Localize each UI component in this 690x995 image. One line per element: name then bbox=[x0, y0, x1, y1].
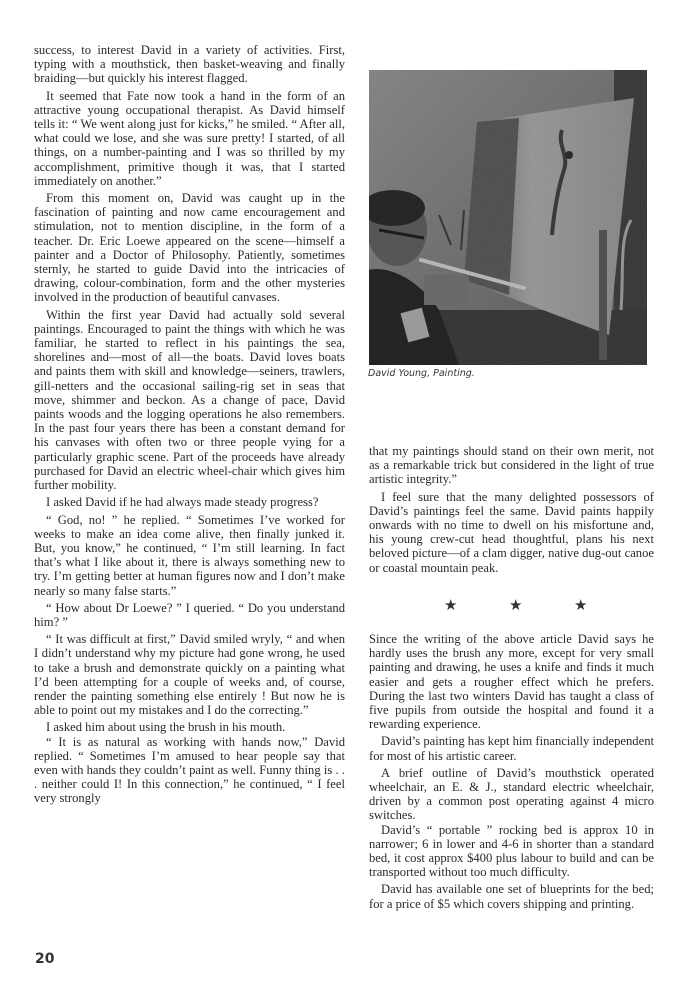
left-column: success, to interest David in a variety … bbox=[34, 43, 345, 809]
painting-photo bbox=[369, 70, 647, 365]
paragraph: “ How about Dr Loewe? ” I queried. “ Do … bbox=[34, 601, 345, 629]
paragraph: It seemed that Fate now took a hand in t… bbox=[34, 89, 345, 188]
paragraph: I asked him about using the brush in his… bbox=[34, 720, 345, 734]
paragraph: “ It was difficult at first,” David smil… bbox=[34, 632, 345, 717]
paragraph: David has available one set of blueprint… bbox=[369, 882, 654, 910]
paragraph: A brief outline of David’s mouthstick op… bbox=[369, 766, 654, 823]
paragraph: that my paintings should stand on their … bbox=[369, 444, 654, 487]
paragraph: David’s “ portable ” rocking bed is appr… bbox=[369, 823, 654, 880]
star-icon: ★ bbox=[574, 596, 587, 614]
page-number: 20 bbox=[35, 951, 54, 967]
paragraph: Within the first year David had actually… bbox=[34, 308, 345, 493]
photo-image bbox=[369, 70, 647, 365]
right-column-top: that my paintings should stand on their … bbox=[369, 444, 654, 578]
right-column-bottom: Since the writing of the above article D… bbox=[369, 632, 654, 914]
paragraph: “ God, no! ” he replied. “ Sometimes I’v… bbox=[34, 513, 345, 598]
paragraph: I feel sure that the many delighted poss… bbox=[369, 490, 654, 575]
paragraph: Since the writing of the above article D… bbox=[369, 632, 654, 731]
section-separator: ★ ★ ★ bbox=[369, 596, 654, 614]
paragraph: I asked David if he had always made stea… bbox=[34, 495, 345, 509]
star-icon: ★ bbox=[509, 596, 522, 614]
paragraph: “ It is as natural as working with hands… bbox=[34, 735, 345, 806]
paragraph: David’s painting has kept him financiall… bbox=[369, 734, 654, 762]
star-icon: ★ bbox=[444, 596, 457, 614]
paragraph: success, to interest David in a variety … bbox=[34, 43, 345, 86]
photo-caption: David Young, Painting. bbox=[368, 368, 475, 379]
paragraph: From this moment on, David was caught up… bbox=[34, 191, 345, 305]
